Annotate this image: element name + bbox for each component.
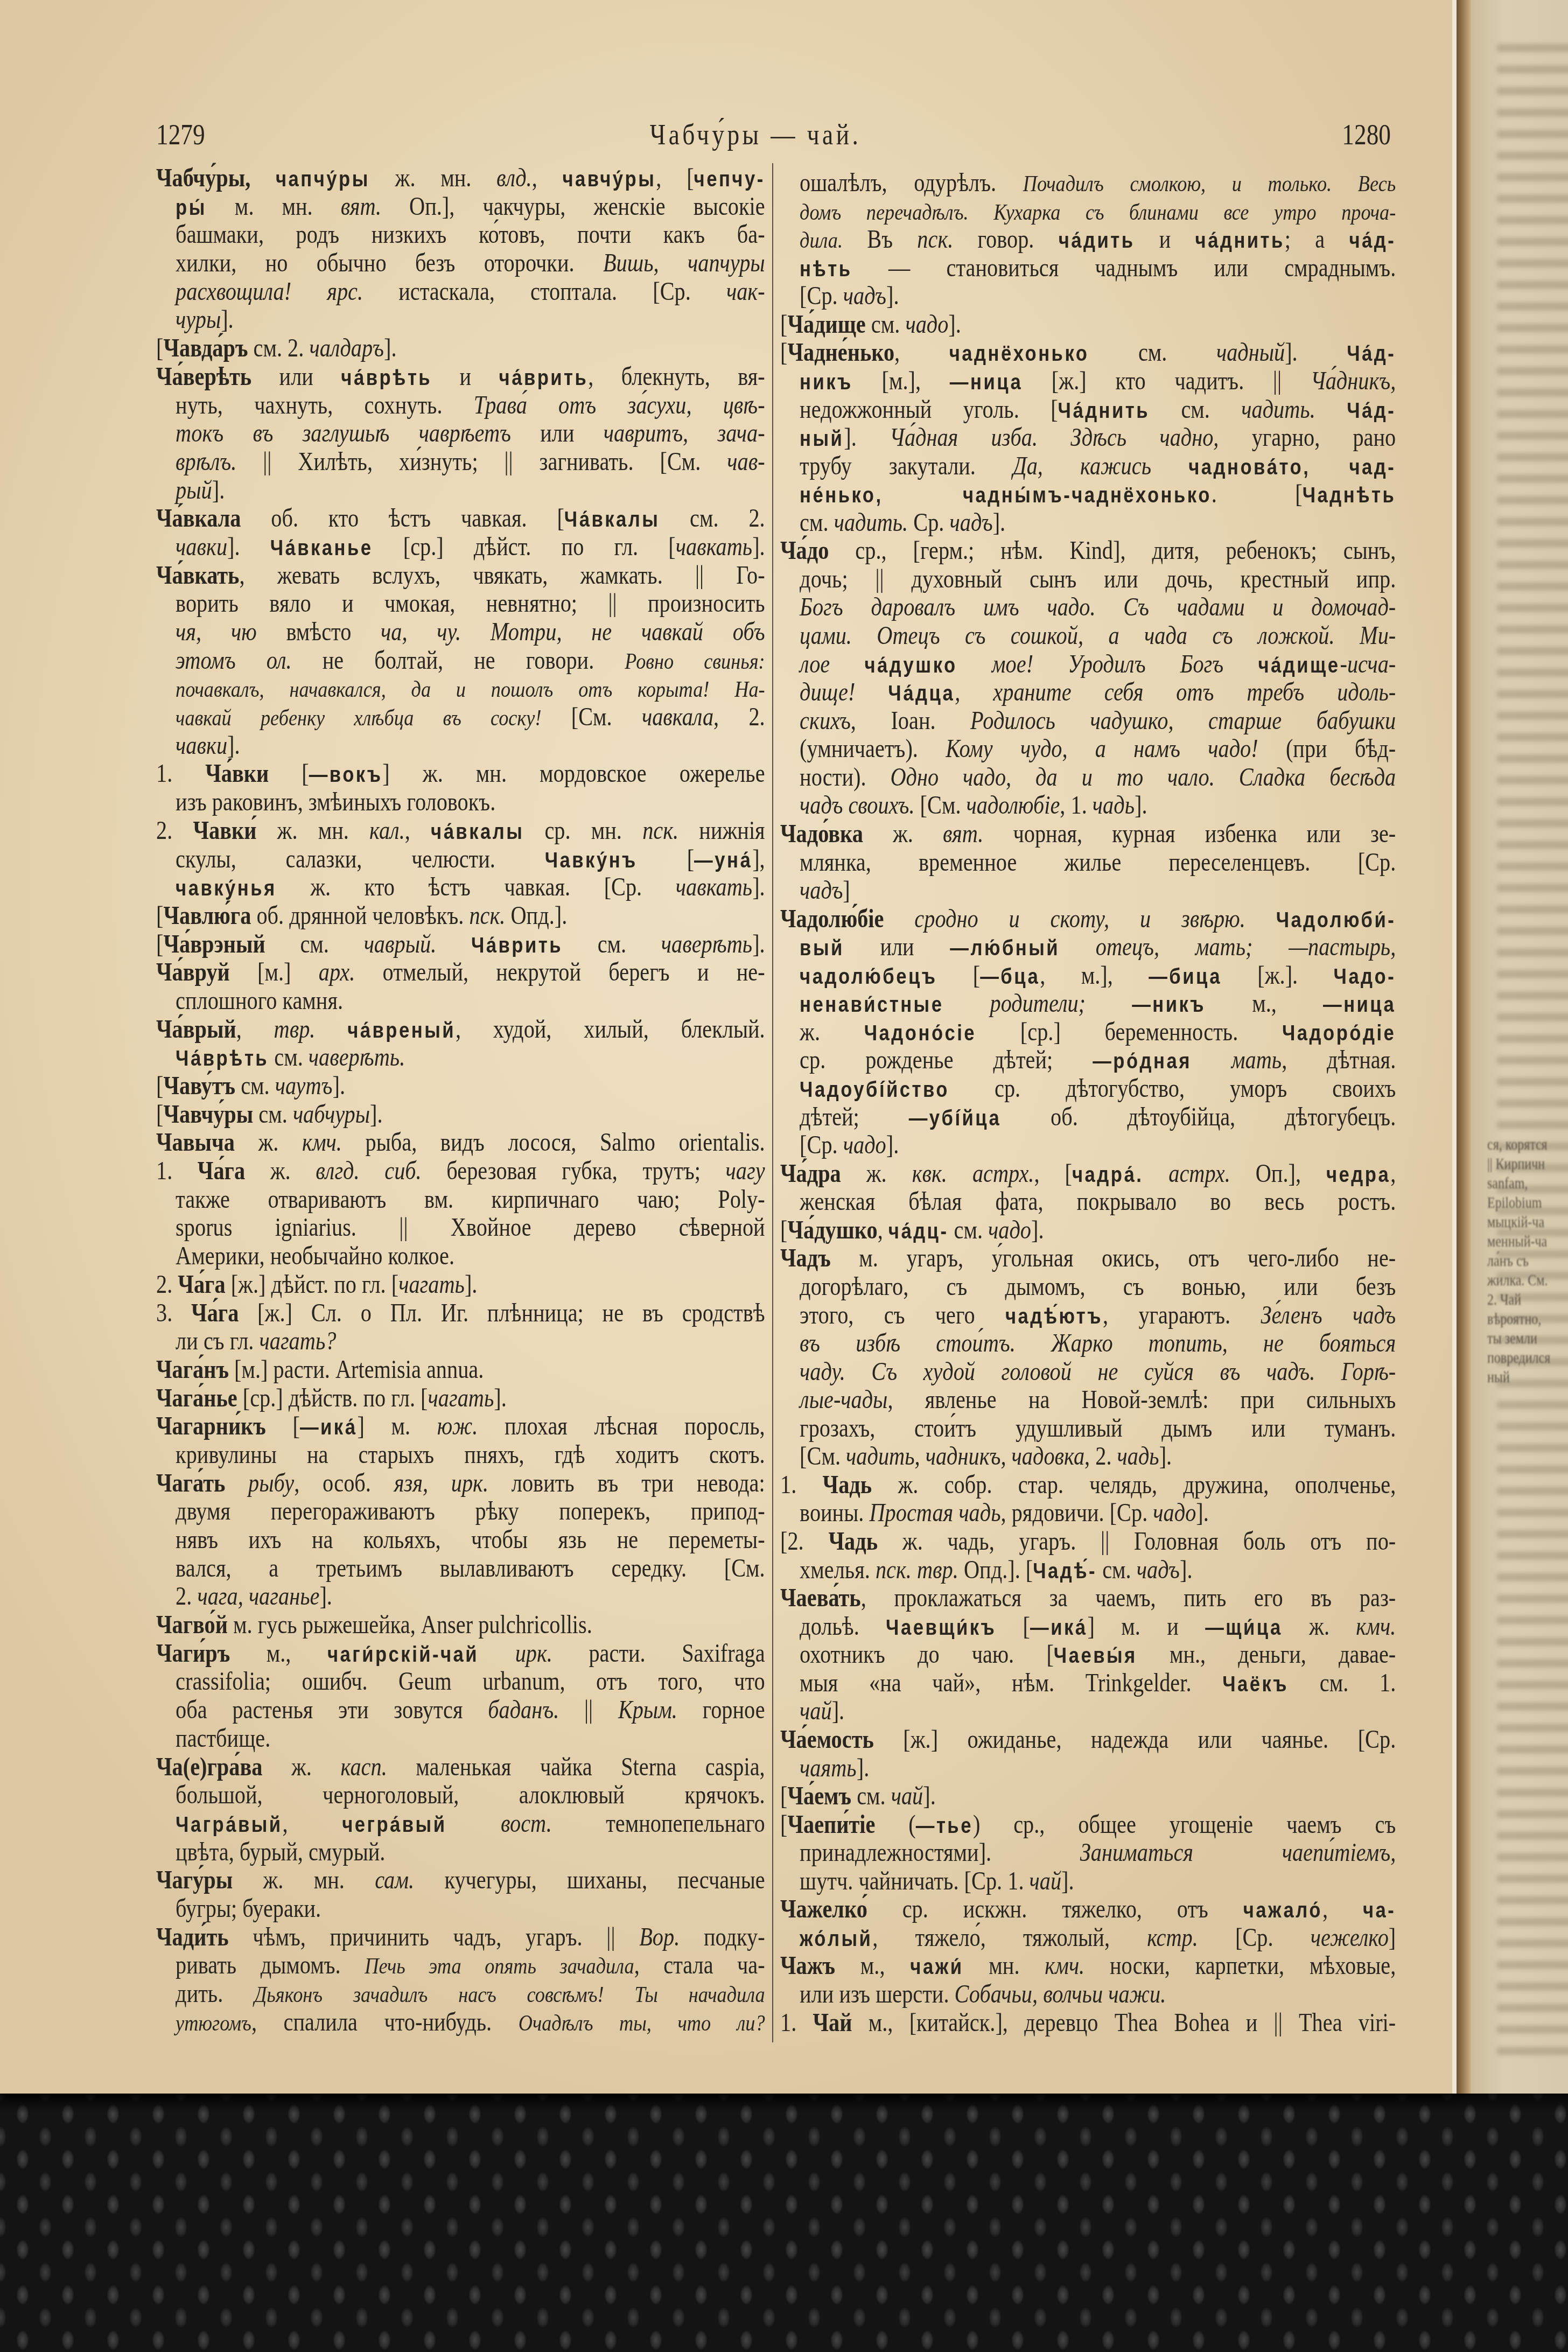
dictionary-line: Чага́нъ [м.] расти. Artemisia annua. xyxy=(156,1356,765,1384)
dictionary-line: чадъ своихъ. [См. чадолюбіе, 1. чадь]. xyxy=(780,792,1396,820)
dictionary-line: ж. Чадоно́сіе [ср.] беременность. Чадоро… xyxy=(780,1018,1396,1047)
dictionary-line: Чаева́ть, проклажаться за чаемъ, пить ег… xyxy=(780,1584,1396,1613)
text-run xyxy=(446,1809,501,1838)
bold-form: Ча́врить xyxy=(471,933,563,957)
text-run: [ xyxy=(780,1810,787,1839)
text-run: , особ. xyxy=(294,1469,394,1497)
headword: Чадь xyxy=(823,1471,872,1499)
italic-run: чаутъ xyxy=(275,1072,333,1100)
italic-run: мое! Уродилъ Богъ xyxy=(957,650,1258,678)
example-run: Печь эта опять зачадила xyxy=(365,1954,634,1979)
text-run: [ xyxy=(156,901,163,930)
headword: Ча́верѣть xyxy=(156,362,251,391)
dictionary-line: дольѣ. Чаевщи́къ [—ика́] м. и —щи́ца ж. … xyxy=(780,1613,1396,1641)
text-run: [Ср. xyxy=(800,1131,843,1159)
text-run: , спалила что-нибудь. xyxy=(251,2008,519,2036)
text-run: sporus igniarius. || Хвойное дерево сѣве… xyxy=(176,1213,765,1242)
dictionary-line: грозахъ, стои́тъ удушливый дымъ или тума… xyxy=(780,1415,1396,1443)
italic-run: чадить. xyxy=(1241,395,1315,424)
headword: Чай xyxy=(813,2008,852,2037)
text-run: подку- xyxy=(680,1923,765,1951)
text-run: м., xyxy=(1206,989,1323,1018)
text-run: (при бѣд- xyxy=(1258,734,1396,763)
italic-run: чабчуры xyxy=(293,1100,370,1129)
next-page-fragment: вѣроятно, xyxy=(1487,1310,1560,1329)
bold-form: чадѣ́ютъ xyxy=(1005,1304,1103,1328)
italic-run: чага, чаганье xyxy=(197,1582,319,1611)
italic-run: чадо xyxy=(1153,1499,1196,1527)
italic-run: въ избѣ стои́тъ. Жарко топить, не боятьс… xyxy=(800,1329,1396,1357)
bold-form: —щи́ца xyxy=(1205,1615,1283,1640)
italic-run: кмч. xyxy=(1045,1951,1084,1980)
dictionary-line: (умничаетъ). Кому чудо, а намъ чадо! (пр… xyxy=(780,735,1396,764)
italic-run: родители; xyxy=(990,989,1086,1018)
dictionary-line: [Ча́емъ см. чай]. xyxy=(780,1782,1396,1811)
text-run: ]. xyxy=(752,930,765,958)
text-run: говор. xyxy=(953,225,1058,254)
text-run: сплошного камня. xyxy=(176,986,343,1015)
italic-run: кмч. xyxy=(1356,1612,1396,1641)
text-run: ж. xyxy=(863,820,943,848)
text-run: шутч. чайничать. [Ср. 1. xyxy=(800,1867,1029,1895)
bold-form: никъ xyxy=(800,369,853,394)
bold-form: —ро́дная xyxy=(1093,1048,1192,1073)
dictionary-line: Чадо́вка ж. вят. чорная, курная избенка … xyxy=(780,820,1396,849)
example-run: утюгомъ xyxy=(176,2011,251,2036)
dictionary-line: [Чаепи́тіе (—тье) ср., общее угощеніе ча… xyxy=(780,1811,1396,1839)
example-run: Очадѣлъ ты, что ли? xyxy=(519,2011,765,2036)
dictionary-line: [Ср. чадо]. xyxy=(780,1131,1396,1160)
text-run: см. xyxy=(235,1072,275,1100)
text-run: [ж.] ожиданье, надежда или чаянье. [Ср. xyxy=(874,1725,1396,1754)
headword: Ча́врый xyxy=(156,1015,236,1044)
text-run xyxy=(943,989,990,1018)
bold-form: Чадолюби́- xyxy=(1276,907,1396,932)
text-run: ] xyxy=(843,876,850,905)
dictionary-line: Чадъ м. угаръ, у́гольная окись, отъ чего… xyxy=(780,1244,1396,1273)
dictionary-line: токъ въ заглушьѣ чаврѣетъ или чавритъ, з… xyxy=(156,419,765,448)
headword: Чади́ть xyxy=(156,1923,229,1951)
text-run: березовая губка, трутъ; xyxy=(422,1157,726,1185)
italic-run: дище! xyxy=(800,678,888,706)
italic-run: кал. xyxy=(369,816,405,845)
text-run: ]. xyxy=(857,1754,870,1782)
text-run: , блекнуть, вя- xyxy=(588,362,765,391)
text-run: ] м. и xyxy=(1087,1612,1205,1641)
text-run: , угараютъ. xyxy=(1103,1301,1261,1329)
italic-run: чадъ xyxy=(1137,1556,1180,1584)
text-run: догорѣлаго, съ дымомъ, съ вонью, или без… xyxy=(800,1272,1396,1301)
text-run: ]. xyxy=(832,1697,845,1725)
dictionary-line: ры́ м. мн. вят. Оп.], чакчуры, женскіе в… xyxy=(156,193,765,221)
bold-form: ный xyxy=(800,426,844,451)
italic-run: влгд. сиб. xyxy=(316,1157,421,1185)
dictionary-line: нявъ ихъ на кольяхъ, чтобы язь не переме… xyxy=(156,1526,765,1555)
text-run: темнопепельнаго xyxy=(552,1809,765,1838)
dictionary-line: [Чадне́нько, чаднёхонько см. чадный]. Ча… xyxy=(780,339,1396,367)
text-run: кучегуры, шиханы, песчаные xyxy=(414,1866,765,1894)
italic-run: Ча́дникъ, xyxy=(1311,367,1396,395)
bold-form: —ика́ xyxy=(1030,1615,1087,1640)
text-run: пастбище. xyxy=(176,1724,270,1753)
dictionary-line: ворить вяло и чмокая, невнятно; || произ… xyxy=(156,590,765,618)
dictionary-line: домъ перечадѣлъ. Кухарка съ блинами все … xyxy=(780,198,1396,226)
text-run: ж. мн. xyxy=(233,1866,375,1894)
dictionary-line: [2. Чадь ж. чадь, угаръ. || Головная бол… xyxy=(780,1528,1396,1556)
italic-run: сам. xyxy=(375,1866,414,1894)
text-run: , 2. xyxy=(713,703,765,731)
text-run: ]. xyxy=(923,1782,936,1810)
dictionary-line: лые-чады, явленье на Новой-землѣ: при си… xyxy=(780,1386,1396,1415)
headword: Чадолю́біе xyxy=(780,905,884,933)
text-run: угарно, рано xyxy=(1219,423,1396,452)
italic-run: юж. xyxy=(437,1412,478,1440)
text-run xyxy=(1143,1159,1168,1188)
dictionary-line: бугры; буераки. xyxy=(156,1895,765,1923)
text-run: || Хилѣть, хи́знуть; || загнивать. [См. xyxy=(236,447,727,476)
italic-run: чавкать xyxy=(676,533,752,561)
italic-run: чадь xyxy=(1117,1442,1159,1471)
text-run: [ xyxy=(156,334,163,362)
example-run: дила. xyxy=(800,228,843,253)
text-run: [ж.] Сл. о Пл. Иг. плѣнница; не въ сродс… xyxy=(239,1299,765,1327)
italic-run: пск. xyxy=(469,901,505,930)
text-run: цвѣта, бурый, смурый. xyxy=(176,1838,385,1866)
italic-run: Крым. xyxy=(618,1696,677,1724)
text-run: , явленье на Новой-землѣ: при сильныхъ xyxy=(887,1385,1396,1414)
text-run: [ xyxy=(780,338,787,367)
text-run: — становиться чаднымъ или смраднымъ. xyxy=(852,254,1396,282)
text-run: хмелья. xyxy=(800,1556,876,1584)
bold-form: ча́д- xyxy=(1349,228,1396,253)
text-run: , стала ча- xyxy=(634,1951,765,1979)
headword: Ча(е)гра́ва xyxy=(156,1753,262,1781)
text-run: , рядовичи. [Ср. xyxy=(1001,1499,1153,1527)
headword: Ча́вкать xyxy=(156,561,239,590)
right-page-number: 1280 xyxy=(1300,117,1391,152)
dictionary-line: большой, черноголовый, алоклювый крячокъ… xyxy=(156,1781,765,1810)
dictionary-line: [Чаву́тъ см. чаутъ]. xyxy=(156,1072,765,1101)
dictionary-line: чуры]. xyxy=(156,306,765,334)
text-run: носки, карпетки, мѣховые, xyxy=(1084,1951,1396,1980)
dictionary-line: охотникъ до чаю. [Чаевы́я мн., деньги, д… xyxy=(780,1641,1396,1669)
dictionary-line: Чагу́ры ж. мн. сам. кучегуры, шиханы, пе… xyxy=(156,1866,765,1895)
text-run: чорная, курная избенка или зе- xyxy=(983,820,1396,848)
text-run xyxy=(1151,452,1188,480)
italic-run: чадный xyxy=(1216,338,1285,367)
text-run: [ср.] дѣйст. по гл. [ xyxy=(373,533,676,561)
text-run: , xyxy=(236,1015,274,1044)
headword: Чавки́ xyxy=(193,816,256,845)
text-run: ности). xyxy=(800,763,890,792)
bold-form: ча́дить xyxy=(1059,228,1135,253)
bold-form: —ика́ xyxy=(300,1415,357,1439)
text-run: и xyxy=(432,362,499,391)
text-run: принадлежностями]. xyxy=(800,1838,1080,1867)
italic-run: лые-чады xyxy=(800,1385,887,1414)
bold-form: чадолю́бецъ xyxy=(800,964,937,989)
bold-form: ча́вкалы xyxy=(431,819,524,844)
italic-run: чадъ xyxy=(949,508,992,537)
italic-run: отецъ, мать; —пастырь, xyxy=(1096,933,1396,961)
dictionary-line: sporus igniarius. || Хвойное дерево сѣве… xyxy=(156,1214,765,1242)
text-run: см. xyxy=(1097,1556,1137,1584)
dictionary-line: Чагра́вый, чегра́вый вост. темнопепельна… xyxy=(156,1810,765,1838)
dictionary-line: башмаки, родъ низкихъ ко́товъ, почти как… xyxy=(156,221,765,249)
headword: Чавлю́га xyxy=(163,901,251,930)
dictionary-line: этого, съ чего чадѣ́ютъ, угараютъ. Зе́ле… xyxy=(780,1301,1396,1330)
text-run: рыба, видъ лосося, Salmo orientalis. xyxy=(342,1128,765,1157)
left-column: Чабчу́ры, чапчу́ры ж. мн. влд., чавчу́ры… xyxy=(156,164,765,2036)
headword: Чага́нье xyxy=(156,1384,237,1412)
text-run: млянка, временное жилье переселенцевъ. [… xyxy=(800,848,1396,877)
italic-run: чай xyxy=(891,1782,923,1810)
text-run: м., [китайск.], деревцо Thea Bohea и || … xyxy=(852,2008,1396,2037)
italic-run: чежелко xyxy=(1311,1923,1389,1952)
italic-run: чагать xyxy=(428,1384,494,1412)
headword: Ча́емъ xyxy=(787,1782,851,1810)
example-run: Почадилъ смолкою, и только. Весь xyxy=(1023,171,1396,197)
text-run: также отвариваютъ вм. кирпичнаго чаю; Po… xyxy=(176,1185,765,1214)
dictionary-line: дить. Дьяконъ зачадилъ насъ совсѣмъ! Ты … xyxy=(156,1980,765,2008)
bold-form: чавку́нья xyxy=(176,876,277,900)
headword: Ча́га xyxy=(178,1270,225,1299)
italic-run: ча, чу. Мотри, не чавкай объ xyxy=(381,618,765,646)
text-run: дѣтей; xyxy=(800,1103,909,1131)
text-run: ]. xyxy=(370,1100,383,1129)
bold-form: —вокъ xyxy=(309,762,383,787)
bold-form: чаги́рскій-чай xyxy=(327,1642,479,1667)
headword: Чагу́ры xyxy=(156,1866,233,1894)
text-run: , жевать вслухъ, чвякать, жамкать. || Го… xyxy=(239,561,765,590)
dictionary-line: ности). Одно чадо, да и то чало. Сладка … xyxy=(780,764,1396,792)
text-run: 1. xyxy=(780,1471,823,1499)
headword: Чадъ xyxy=(780,1244,831,1272)
text-run: или изъ шерсти. xyxy=(800,1980,954,2008)
text-run: см. 2. xyxy=(248,334,309,362)
text-run: [ xyxy=(266,1412,300,1440)
italic-run: рый xyxy=(176,476,212,505)
bold-form: —никъ xyxy=(1132,992,1206,1017)
italic-run: чагу xyxy=(726,1157,765,1185)
next-page-fragment: жилка. См. xyxy=(1487,1271,1560,1290)
text-run: маленькая чайка Sterna caspia, xyxy=(387,1753,765,1781)
dictionary-line: хмелья. пск. твр. Опд.]. [Чадѣ́- см. чад… xyxy=(780,1556,1396,1585)
example-run: Дьяконъ зачадилъ насъ совсѣмъ! Ты начади… xyxy=(254,1982,765,2007)
headword: Ча́дище xyxy=(787,310,865,339)
dictionary-line: ривать дымомъ. Печь эта опять зачадила, … xyxy=(156,1951,765,1980)
italic-run: Трава́ отъ за́сухи, цвѣ- xyxy=(474,391,765,419)
italic-run: чадъ xyxy=(800,876,843,905)
bold-form: Чаевщи́къ xyxy=(886,1615,996,1640)
text-run: ( xyxy=(875,1810,915,1839)
dictionary-line: вый или —лю́бный отецъ, мать; —пастырь, xyxy=(780,933,1396,962)
italic-run: токъ въ заглушьѣ чаврѣетъ xyxy=(176,419,511,447)
bold-form: чедра xyxy=(1326,1162,1390,1187)
italic-run: чадо xyxy=(988,1216,1031,1244)
italic-run: Собачьи, волчьи чажи. xyxy=(955,1980,1166,2008)
dictionary-line: не́нько, чадны́мъ-чаднёхонько. [Чаднѣть xyxy=(780,480,1396,509)
dictionary-line: Чажелко́ ср. искжн. тяжелко, отъ чажало́… xyxy=(780,1895,1396,1924)
dictionary-line: см. чадить. Ср. чадъ]. xyxy=(780,509,1396,537)
dictionary-line: Чабчу́ры, чапчу́ры ж. мн. влд., чавчу́ры… xyxy=(156,164,765,193)
dictionary-line: чай]. xyxy=(780,1697,1396,1726)
text-run: см. xyxy=(269,1043,309,1072)
dictionary-line: вался, а третьимъ вылавливаютъ середку. … xyxy=(156,1555,765,1583)
headword: Ча́га xyxy=(198,1157,245,1185)
dictionary-line: скулы, салазки, челюсти. Чавку́нъ [—уна́… xyxy=(156,845,765,874)
text-run: [ xyxy=(780,1782,787,1810)
text-run: ]. xyxy=(1196,1499,1209,1527)
text-run: ж. xyxy=(800,1018,864,1046)
text-run: грозахъ, стои́тъ удушливый дымъ или тума… xyxy=(800,1414,1396,1443)
bold-form: чаднёхонько xyxy=(949,341,1089,366)
text-run: ср. дѣтогубство, уморъ своихъ xyxy=(949,1074,1396,1103)
text-run: Оп.], чакчуры, женскіе высокіе xyxy=(381,192,765,221)
dictionary-line: никъ [м.], —ница [ж.] кто чадитъ. || Ча́… xyxy=(780,367,1396,396)
text-run: ср., [герм.; нѣм. Kind], дитя, ребенокъ;… xyxy=(829,536,1396,565)
dictionary-line: 2. Чавки́ ж. мн. кал., ча́вкалы ср. мн. … xyxy=(156,817,765,845)
dictionary-line: Ча́вкать, жевать вслухъ, чвякать, жамкат… xyxy=(156,562,765,590)
dictionary-line: чавки]. Ча́вканье [ср.] дѣйст. по гл. [ч… xyxy=(156,533,765,562)
text-run: ]. xyxy=(1159,1442,1172,1471)
page-bottom-shadow xyxy=(0,2091,1568,2113)
text-run: ]. xyxy=(227,731,240,760)
text-run: расти. Saxifraga xyxy=(552,1639,765,1668)
italic-run: влд. xyxy=(496,164,532,192)
next-page-blurred-text xyxy=(1497,38,1568,2062)
italic-run: чав- xyxy=(727,447,765,476)
text-run: , xyxy=(532,164,563,192)
bold-form: Ча́вканье xyxy=(270,535,373,560)
text-run: ж. собр. стар. челядь, дружина, ополчень… xyxy=(872,1471,1396,1499)
text-run: этого, съ чего xyxy=(800,1301,1005,1329)
text-run: мн., деньги, давае- xyxy=(1137,1640,1396,1669)
italic-run: чадить, чадникъ, чадовка xyxy=(846,1442,1084,1471)
next-page-fragment: менный-ча xyxy=(1487,1232,1560,1251)
italic-run: чагать? xyxy=(259,1327,336,1355)
bold-form: Ча́врѣть xyxy=(176,1046,269,1070)
italic-run: мать xyxy=(1231,1046,1282,1074)
headword: Ча́вки xyxy=(205,759,269,788)
italic-run: арх. xyxy=(319,958,355,986)
left-page-number: 1279 xyxy=(156,117,205,152)
italic-run: чадо xyxy=(905,310,948,339)
bold-form: —тье xyxy=(916,1813,973,1838)
text-run: [Ср. xyxy=(1198,1923,1311,1952)
italic-run: сродно и скоту, и звѣрю. xyxy=(914,905,1245,933)
dictionary-line: Ча́вруй [м.] арх. отмелый, некрутой бере… xyxy=(156,958,765,987)
dictionary-line: этомъ ол. не болтай, не говори. Ровно св… xyxy=(156,647,765,675)
bold-form: Чадо- xyxy=(1334,964,1396,989)
text-run: ]. xyxy=(1285,338,1347,367)
italic-run: Родилось чадушко, старше бабушки xyxy=(970,706,1396,735)
text-run: [См. xyxy=(914,791,966,820)
dictionary-line: чавкай ребенку хлѣбца въ соску! [См. чав… xyxy=(156,703,765,732)
dictionary-line: [См. чадить, чадникъ, чадовка, 2. чадь]. xyxy=(780,1443,1396,1471)
next-page-fragment: 2. Чай xyxy=(1487,1290,1560,1310)
text-run: большой, черноголовый, алоклювый крячокъ… xyxy=(176,1781,765,1809)
text-run: 2. xyxy=(156,816,193,845)
background-mat xyxy=(0,2091,1568,2352)
dictionary-line: [Ср. чадъ]. xyxy=(780,282,1396,311)
text-run: ривать дымомъ. xyxy=(176,1951,365,1979)
italic-run: этомъ ол. xyxy=(176,646,292,675)
dictionary-line: Чади́ть чѣмъ, причинить чадъ, угаръ. || … xyxy=(156,1923,765,1952)
italic-run: чаду. Съ худой головой не суйся въ чадъ.… xyxy=(800,1357,1396,1386)
text-run: или xyxy=(511,419,604,447)
dictionary-line: пастбище. xyxy=(156,1725,765,1753)
dictionary-line: изъ раковинъ, змѣиныхъ головокъ. xyxy=(156,788,765,817)
text-run: , xyxy=(894,338,949,367)
headword: Чавчу́ры xyxy=(163,1100,253,1129)
dictionary-line: 2. Ча́га [ж.] дѣйст. по гл. [чагать]. xyxy=(156,1271,765,1299)
dictionary-line: 1. Ча́вки [—вокъ] ж. мн. мордовское ожер… xyxy=(156,760,765,788)
headword: Чавыча xyxy=(156,1128,235,1157)
example-run: Ровно свинья: xyxy=(625,649,765,674)
text-run: см. xyxy=(948,1216,988,1244)
dictionary-line: догорѣлаго, съ дымомъ, съ вонью, или без… xyxy=(780,1273,1396,1301)
text-run: Америки, необычайно колкое. xyxy=(176,1242,454,1270)
bold-form: —ница xyxy=(1323,992,1396,1017)
italic-run: чай xyxy=(800,1697,832,1725)
headword: Ча́вкала xyxy=(156,504,241,533)
italic-run: Да, кажись xyxy=(1013,452,1151,480)
text-run xyxy=(1086,989,1132,1018)
bold-form: Ча́вкалы xyxy=(564,507,660,531)
dictionary-line: Чагво́й м. гусь рыжешейка, Anser pulchri… xyxy=(156,1611,765,1640)
italic-run: чадо xyxy=(843,1131,886,1159)
text-run: ]. xyxy=(886,282,899,310)
text-run xyxy=(315,1015,347,1044)
dictionary-line: чаду. Съ худой головой не суйся въ чадъ.… xyxy=(780,1358,1396,1387)
text-run: об. дѣтоубійца, дѣтогубецъ. xyxy=(1001,1103,1396,1131)
text-run: , 2. xyxy=(1084,1442,1117,1471)
italic-run: Кому чудо, а намъ чадо! xyxy=(946,734,1258,763)
text-run: , худой, хилый, блеклый. xyxy=(456,1015,765,1044)
text-run: crassifolia; ошибч. Geum urbanum, отъ то… xyxy=(176,1667,765,1696)
italic-run: чавки xyxy=(176,731,227,760)
text-run: дить. xyxy=(176,1979,254,2008)
text-run: , проклажаться за чаемъ, пить его въ раз… xyxy=(861,1584,1396,1612)
italic-run: чак- xyxy=(726,277,765,306)
dictionary-line: Богъ даровалъ имъ чадо. Съ чадами и домо… xyxy=(780,593,1396,622)
dictionary-line: нѣть — становиться чаднымъ или смраднымъ… xyxy=(780,254,1396,283)
italic-run: цами. Отецъ съ сошкой, а чада съ ложкой.… xyxy=(800,621,1396,650)
text-run: см. xyxy=(563,930,661,958)
headword: Чадо́вка xyxy=(780,820,863,848)
text-run: ]. xyxy=(221,305,234,334)
text-run: ж. xyxy=(841,1159,912,1188)
headword: Чавда́ръ xyxy=(163,334,248,362)
text-run: недожжонный уголь. [ xyxy=(800,395,1058,424)
text-run: [ xyxy=(780,310,787,339)
dictionary-line: мыя «на чай», нѣм. Trinkgelder. Чаёкъ см… xyxy=(780,1669,1396,1698)
text-run: [2. xyxy=(780,1527,829,1556)
bold-form: Чаднѣть xyxy=(1303,482,1396,507)
dictionary-line: скихъ, Іоан. Родилось чадушко, старше ба… xyxy=(780,707,1396,736)
text-run: об. дрянной человѣкъ. xyxy=(251,901,469,930)
text-run: ж. чадь, угаръ. || Головная боль отъ по- xyxy=(878,1527,1396,1556)
dictionary-line: Чадоубíйство ср. дѣтогубство, уморъ свои… xyxy=(780,1075,1396,1103)
text-run: см. 1. xyxy=(1289,1669,1396,1697)
text-run: горное xyxy=(677,1696,765,1724)
dictionary-line: Чажъ м., чажи́ мн. кмч. носки, карпетки,… xyxy=(780,1952,1396,1980)
dictionary-line: Ча́верѣть или ча́врѣть и ча́врить, блекн… xyxy=(156,363,765,391)
text-run: ]. xyxy=(1061,1867,1074,1895)
headword: Ча́дра xyxy=(780,1159,841,1188)
dictionary-line: нуть, чахнуть, сохнуть. Трава́ отъ за́су… xyxy=(156,391,765,420)
